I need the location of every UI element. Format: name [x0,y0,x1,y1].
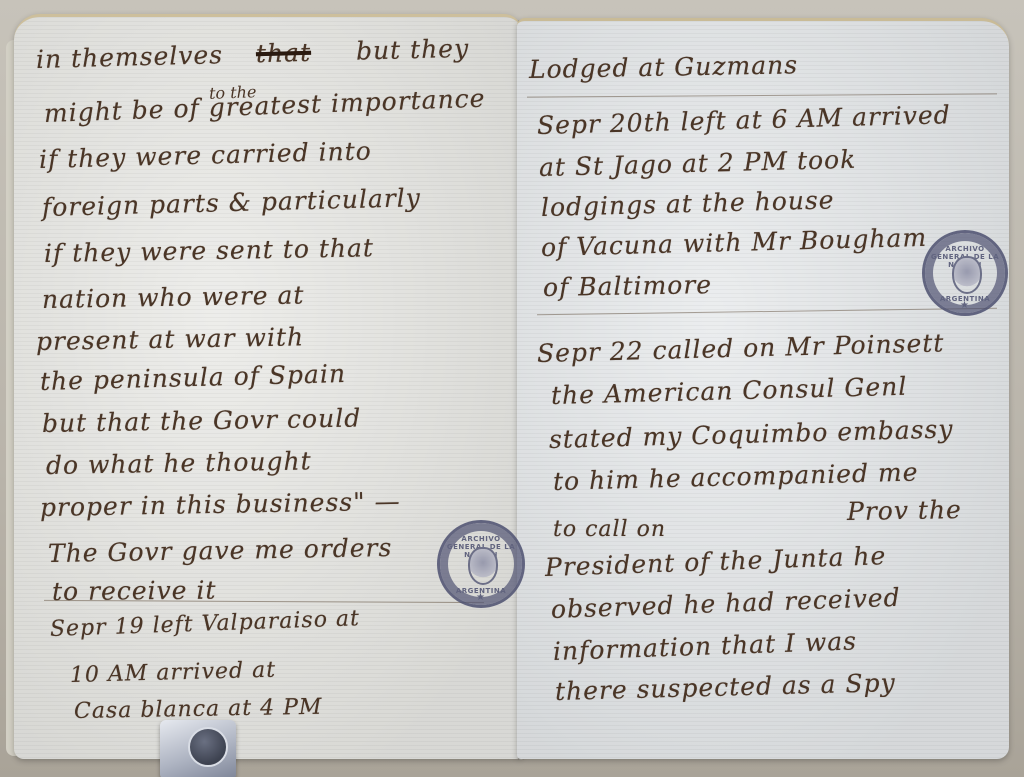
right-page: Lodged at Guzmans Sepr 20th left at 6 AM… [517,18,1009,759]
manuscript-line: there suspected as a Spy [555,668,896,706]
divider-rule [537,308,997,315]
manuscript-line: 10 AM arrived at [70,658,277,688]
manuscript-line: foreign parts & particularly [42,183,422,222]
manuscript-line: The Govr gave me orders [48,533,393,568]
manuscript-line: nation who were at [42,280,305,314]
manuscript-heading: Lodged at Guzmans [529,50,799,84]
manuscript-line: of Vacuna with Mr Bougham [541,223,928,262]
manuscript-line: of Baltimore [543,270,713,302]
manuscript-line: to him he accompanied me [553,457,919,496]
manuscript-line: Sepr 19 left Valparaiso at [50,606,361,642]
manuscript-line: observed he had received [550,583,901,624]
archive-stamp-left: ARCHIVO GENERAL DE LA NACION ARGENTINA ★ [437,520,525,608]
manuscript-line: do what he thought [46,446,312,480]
star-icon: ★ [960,300,969,311]
manuscript-line: information that I was [552,626,857,666]
coat-of-arms-icon [952,256,982,294]
struck-word: that [256,38,312,68]
manuscript-line: stated my Coquimbo embassy [549,414,954,454]
manuscript-line: Sepr 22 called on Mr Poinsett [537,328,945,368]
manuscript-line: Prov the [847,495,962,526]
manuscript-line: in themselves that but they [36,34,470,74]
manuscript-line: the American Consul Genl [551,372,908,410]
divider-rule [527,93,997,97]
star-icon: ★ [476,592,485,603]
manuscript-line: might be of greatest importance [43,84,485,128]
manuscript-line: if they were carried into [39,136,372,174]
manuscript-line: Sepr 20th left at 6 AM arrived [537,100,951,140]
left-page: in themselves that but they to the might… [14,14,522,759]
manuscript-line: to call on [553,517,666,542]
coat-of-arms-icon [468,547,498,585]
archive-stamp-right: ARCHIVO GENERAL DE LA NACION ARGENTINA ★ [922,230,1008,316]
manuscript-line: proper in this business" — [40,487,401,522]
manuscript-line: at St Jago at 2 PM took [539,145,857,182]
manuscript-line: President of the Junta he [544,541,886,582]
manuscript-line: present at war with [36,322,305,356]
manuscript-line: but that the Govr could [42,403,362,438]
manuscript-line: if they were sent to that [44,233,374,268]
manuscript-line: the peninsula of Spain [40,359,347,396]
manuscript-line: lodgings at the house [541,185,835,222]
metal-weight [160,720,236,777]
weight-hole [188,727,228,767]
